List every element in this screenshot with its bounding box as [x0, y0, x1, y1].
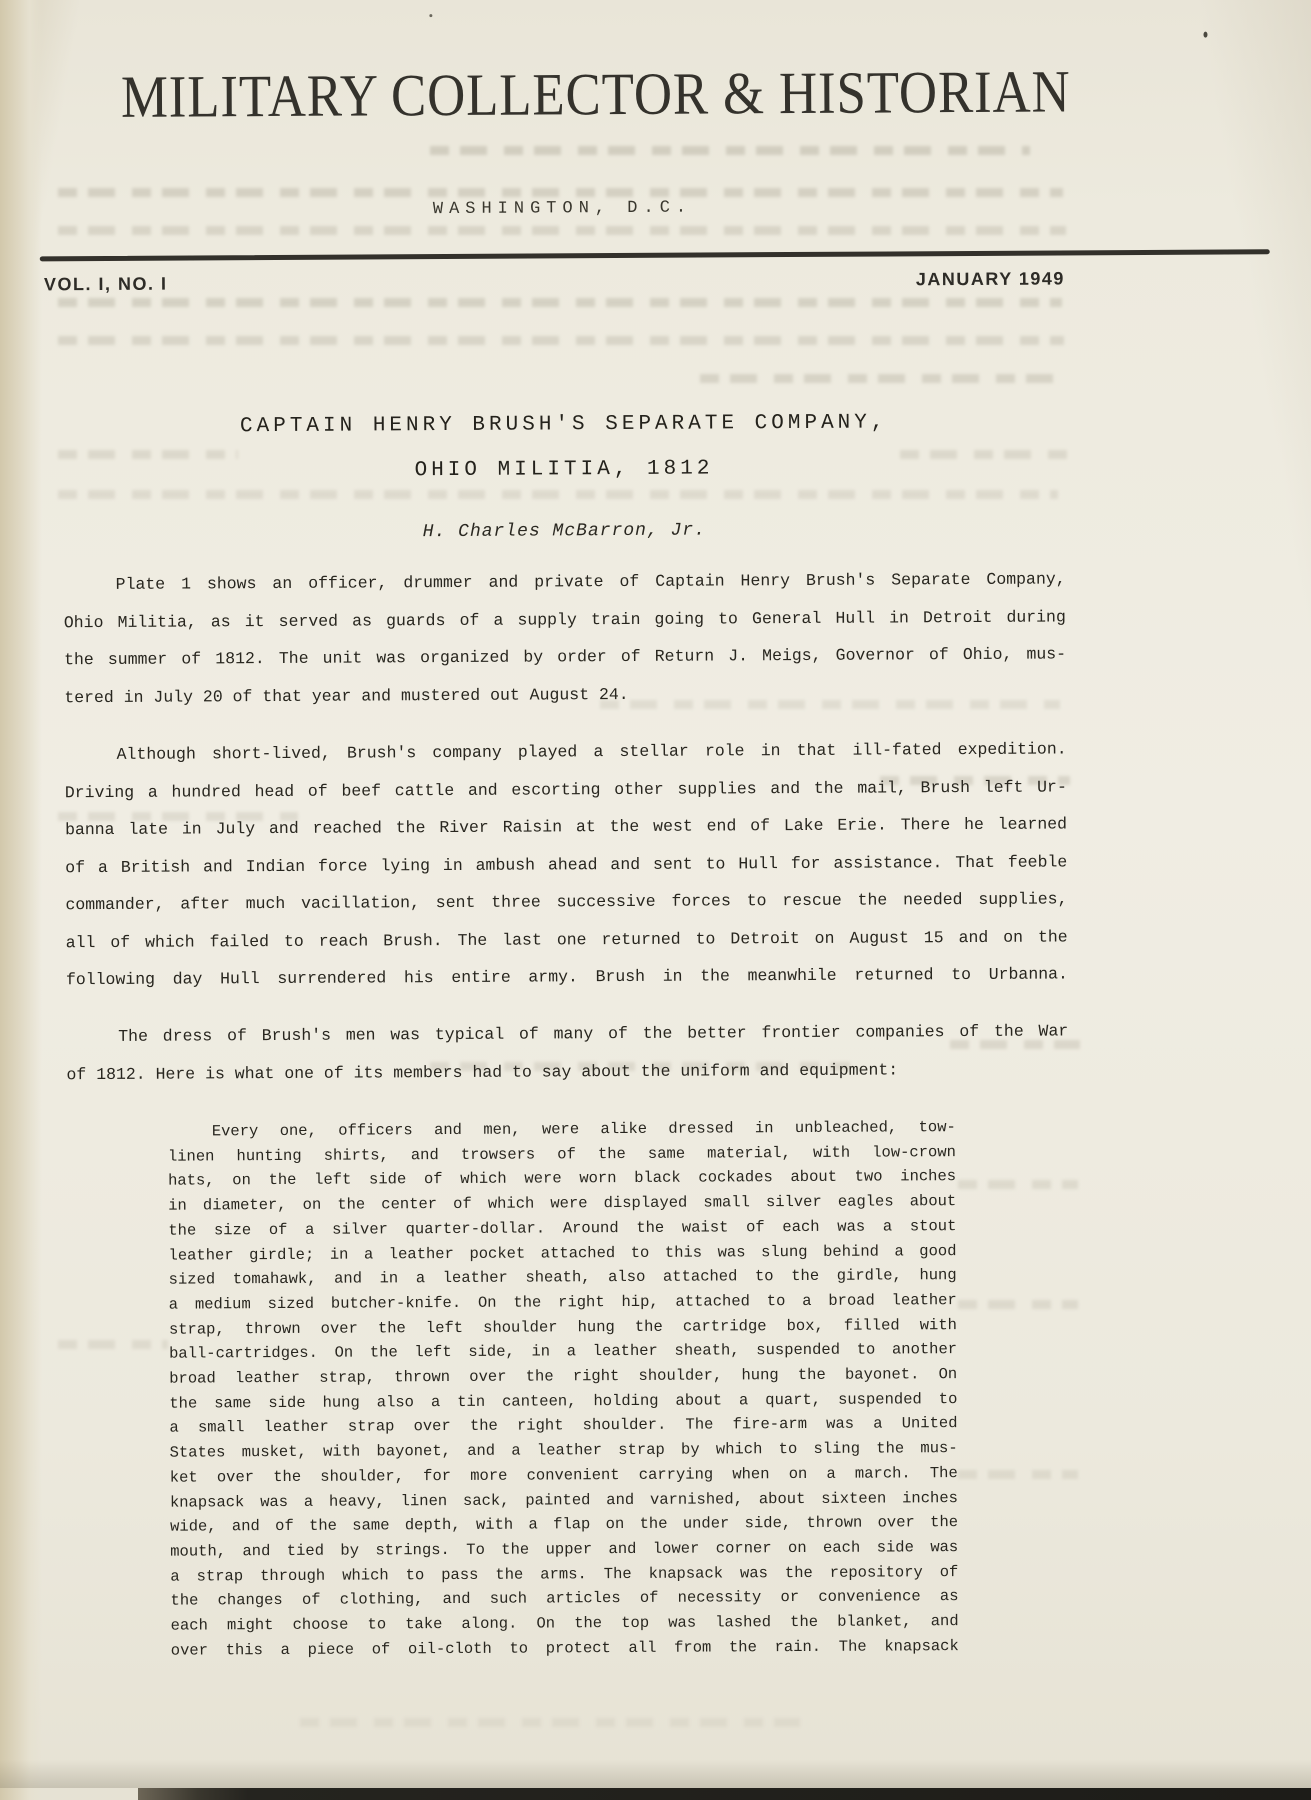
- issue-info-row: VOL. I, NO. I JANUARY 1949: [44, 268, 1065, 295]
- text-line: all of which failed to reach Brush. The …: [66, 918, 1068, 961]
- ink-speck: [1203, 32, 1207, 38]
- text-line: Although short-lived, Brush's company pl…: [65, 730, 1067, 773]
- text-line: following day Hull surrendered his entir…: [66, 955, 1068, 998]
- volume-issue: VOL. I, NO. I: [44, 274, 168, 296]
- article-title-line-2: OHIO MILITIA, 1812: [63, 455, 1065, 484]
- text-line: Plate 1 shows an officer, drummer and pr…: [64, 560, 1066, 603]
- text-line: Driving a hundred head of beef cattle an…: [65, 768, 1067, 811]
- paragraph: The dress of Brush's men was typical of …: [66, 1012, 1068, 1093]
- text-line: The dress of Brush's men was typical of …: [66, 1012, 1068, 1055]
- masthead-title: MILITARY COLLECTOR & HISTORIAN: [121, 61, 1003, 129]
- article-byline: H. Charles McBarron, Jr.: [63, 518, 1065, 544]
- block-quote: Every one, officers and men, were alike …: [168, 1115, 959, 1663]
- text-line: of 1812. Here is what one of its members…: [66, 1050, 1068, 1093]
- paragraph: Plate 1 shows an officer, drummer and pr…: [64, 560, 1067, 716]
- issue-date: JANUARY 1949: [916, 268, 1065, 290]
- ink-speck: [429, 14, 432, 17]
- text-line: tered in July 20 of that year and muster…: [64, 673, 1066, 716]
- text-line: of a British and Indian force lying in a…: [65, 843, 1067, 886]
- text-line: the summer of 1812. The unit was organiz…: [64, 635, 1066, 678]
- masthead-location: WASHINGTON, D.C.: [61, 196, 1063, 221]
- divider-rule: [40, 249, 1270, 261]
- text-line: Ohio Militia, as it served as guards of …: [64, 598, 1066, 641]
- article-title-line-1: CAPTAIN HENRY BRUSH'S SEPARATE COMPANY,: [63, 410, 1065, 439]
- scan-edge-shadow: [0, 1760, 1311, 1788]
- text-line: over this a piece of oil-cloth to protec…: [171, 1634, 959, 1663]
- text-line: commander, after much vacillation, sent …: [65, 880, 1067, 923]
- scanner-edge-band: [138, 1788, 1311, 1800]
- page-content: MILITARY COLLECTOR & HISTORIAN WASHINGTO…: [0, 0, 1311, 1800]
- paragraph: Although short-lived, Brush's company pl…: [65, 730, 1068, 998]
- text-line: banna late in July and reached the River…: [65, 805, 1067, 848]
- scanned-journal-page: MILITARY COLLECTOR & HISTORIAN WASHINGTO…: [0, 0, 1311, 1800]
